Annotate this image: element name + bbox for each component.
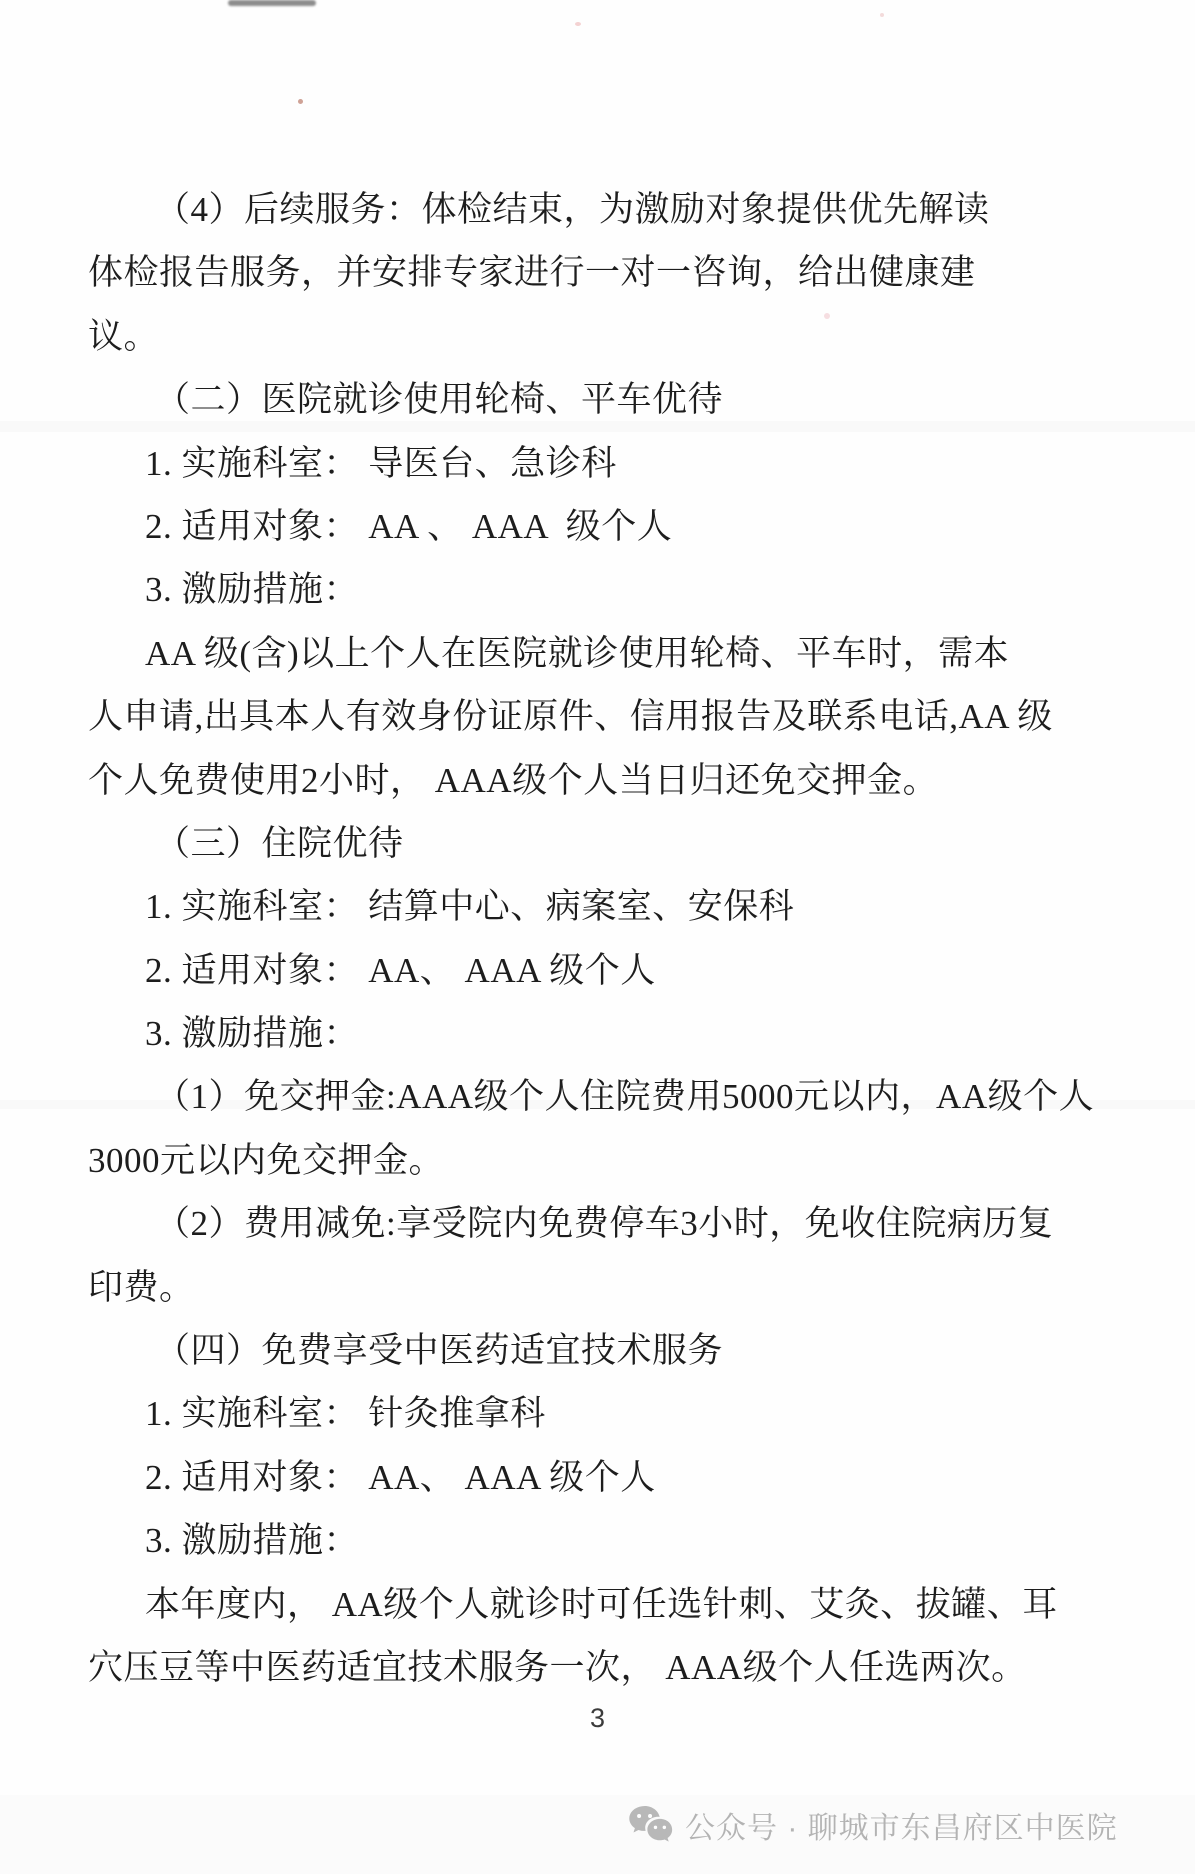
text-line: （4）后续服务：体检结束，为激励对象提供优先解读 — [88, 178, 920, 241]
text-line: （四）免费享受中医药适宜技术服务 — [88, 1319, 920, 1382]
text-line: （1）免交押金:AAA级个人住院费用5000元以内，AA级个人 — [88, 1065, 920, 1128]
text-line: （2）费用减免:享受院内免费停车3小时，免收住院病历复 — [88, 1192, 920, 1255]
scan-speck — [298, 99, 303, 104]
document-page: （4）后续服务：体检结束，为激励对象提供优先解读体检报告服务，并安排专家进行一对… — [0, 0, 1195, 1874]
scan-speck — [880, 13, 884, 17]
text-line: 穴压豆等中医药适宜技术服务一次， AAA级个人任选两次。 — [88, 1636, 920, 1699]
document-body: （4）后续服务：体检结束，为激励对象提供优先解读体检报告服务，并安排专家进行一对… — [88, 178, 920, 1699]
text-line: AA 级(含)以上个人在医院就诊使用轮椅、平车时，需本 — [88, 622, 920, 685]
text-line: 2. 适用对象： AA 、 AAA 级个人 — [88, 495, 920, 558]
text-line: 本年度内， AA级个人就诊时可任选针刺、艾灸、拔罐、耳 — [88, 1573, 920, 1636]
text-line: 2. 适用对象： AA、 AAA 级个人 — [88, 1446, 920, 1509]
footer-text: 公众号 · 聊城市东昌府区中医院 — [685, 1803, 1118, 1847]
text-line: 3. 激励措施： — [88, 1002, 920, 1065]
text-line: 3. 激励措施： — [88, 1509, 920, 1572]
text-line: 体检报告服务，并安排专家进行一对一咨询，给出健康建 — [88, 241, 920, 304]
page-number: 3 — [0, 1703, 1195, 1734]
text-line: （二）医院就诊使用轮椅、平车优待 — [88, 368, 920, 431]
text-line: 议。 — [88, 305, 920, 368]
text-line: 3000元以内免交押金。 — [88, 1129, 920, 1192]
text-line: 1. 实施科室： 导医台、急诊科 — [88, 432, 920, 495]
text-line: 3. 激励措施： — [88, 558, 920, 621]
text-line: 2. 适用对象： AA、 AAA 级个人 — [88, 939, 920, 1002]
scan-smudge — [228, 0, 316, 6]
scan-speck — [575, 22, 581, 26]
text-line: 1. 实施科室： 结算中心、病案室、安保科 — [88, 875, 920, 938]
text-line: 个人免费使用2小时， AAA级个人当日归还免交押金。 — [88, 749, 920, 812]
text-line: 1. 实施科室： 针灸推拿科 — [88, 1382, 920, 1445]
text-line: 人申请,出具本人有效身份证原件、信用报告及联系电话,AA 级 — [88, 685, 920, 748]
text-line: 印费。 — [88, 1256, 920, 1319]
text-line: （三）住院优待 — [88, 812, 920, 875]
wechat-icon — [628, 1805, 674, 1845]
footer-watermark: 公众号 · 聊城市东昌府区中医院 — [628, 1803, 1118, 1847]
